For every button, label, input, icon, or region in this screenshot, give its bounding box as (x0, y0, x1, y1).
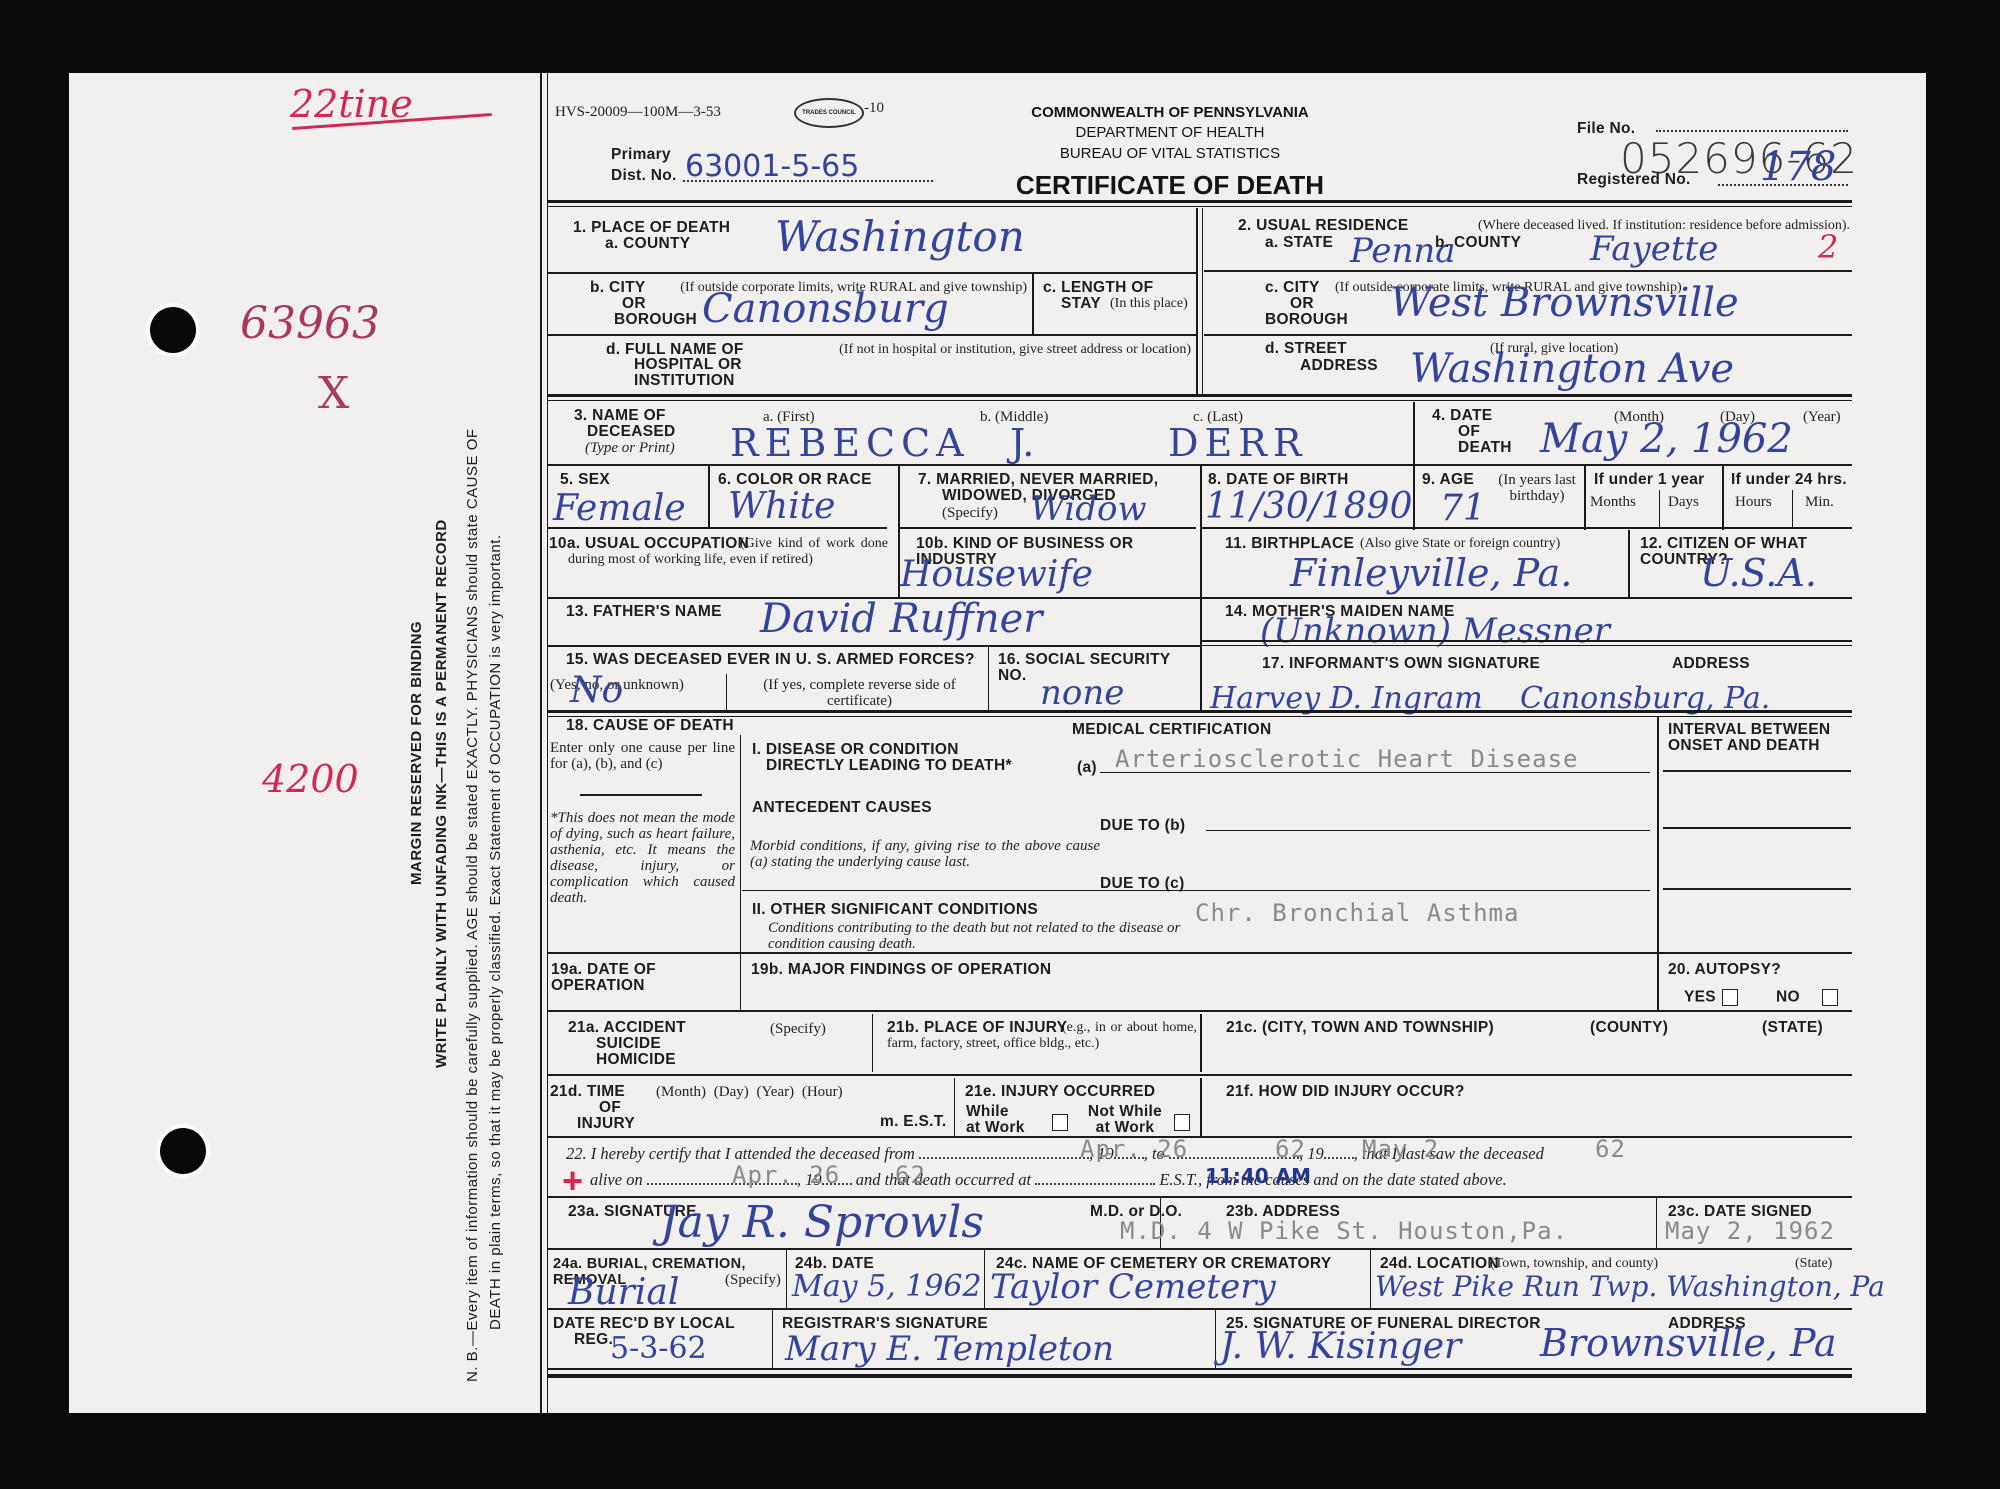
other-conditions-label: II. OTHER SIGNIFICANT CONDITIONS (752, 902, 1038, 918)
name-label: 3. NAME OF (574, 408, 666, 424)
morbid-note: Morbid conditions, if any, giving rise t… (750, 838, 1100, 870)
operation-findings-label: 19b. MAJOR FINDINGS OF OPERATION (751, 962, 1051, 978)
attended-from-field[interactable] (919, 1157, 1089, 1159)
birthplace-value: Finleyville, Pa. (1290, 554, 1572, 592)
father-label: 13. FATHER'S NAME (566, 604, 722, 620)
length-of-stay-label-2: STAY (1061, 296, 1101, 312)
injury-time-label-2: OF (599, 1100, 621, 1116)
armed-forces-label: 15. WAS DECEASED EVER IN U. S. ARMED FOR… (566, 652, 975, 668)
margin-nb-line1: N. B.—Every item of information should b… (464, 428, 481, 1382)
days-label: Days (1668, 494, 1699, 510)
rule (1204, 270, 1852, 272)
place-of-death-label: 1. PLACE OF DEATH (573, 220, 730, 236)
bottom-rule-thick (547, 1374, 1852, 1378)
res-county-mark: 2 (1818, 228, 1838, 266)
rule-v (1200, 466, 1202, 530)
race-value: White (728, 488, 835, 526)
header-bureau: BUREAU OF VITAL STATISTICS (980, 145, 1360, 162)
citizen-value: U.S.A. (1700, 554, 1817, 592)
alive-on-label: alive on (590, 1170, 643, 1189)
rule-v (1032, 274, 1034, 336)
autopsy-no-checkbox[interactable] (1822, 989, 1838, 1006)
cause-footnote: *This does not mean the mode of dying, s… (550, 810, 735, 906)
rule-v (954, 1078, 955, 1136)
disease-label-2: DIRECTLY LEADING TO DEATH* (766, 758, 1012, 774)
rule-v (1657, 716, 1659, 952)
last-seen-value: Apr. 26 (732, 1162, 840, 1188)
interval-line-a[interactable] (1663, 770, 1851, 772)
armed-forces-value: No (570, 672, 623, 710)
divider-1-2-b (1202, 208, 1203, 394)
margin-annotation-top: 22tine (290, 85, 413, 123)
injury-occurred-label: 21e. INJURY OCCURRED (965, 1084, 1155, 1100)
header-department: DEPARTMENT OF HEALTH (980, 124, 1360, 141)
form-left-border (540, 73, 542, 1413)
primary-label: Primary (611, 147, 671, 163)
to-year-field[interactable] (1324, 1157, 1354, 1159)
other-conditions-value: Chr. Bronchial Asthma (1195, 900, 1519, 926)
form-suffix: -10 (864, 100, 884, 116)
date-signed-value: May 2, 1962 (1665, 1218, 1835, 1244)
business-value: Housewife (900, 556, 1093, 594)
cause-b-label: DUE TO (b) (1100, 818, 1185, 834)
injury-county-label: (COUNTY) (1590, 1020, 1668, 1036)
margin-annotation-amount: 4200 (262, 760, 359, 798)
cause-b-line[interactable] (1206, 830, 1650, 831)
injury-type-label-3: HOMICIDE (596, 1052, 676, 1068)
funeral-director-signature: J. W. Kisinger (1220, 1328, 1461, 1366)
cemetery-value: Taylor Cemetery (990, 1268, 1276, 1306)
death-city-label-or: OR (622, 296, 646, 312)
certificate-paper (69, 73, 1926, 1413)
year-prefix: 19 (1307, 1144, 1324, 1163)
rule-v (1215, 1310, 1216, 1368)
dod-label-3: DEATH (1458, 440, 1512, 456)
hours-label: Hours (1735, 494, 1772, 510)
autopsy-yes[interactable]: YES (1684, 989, 1738, 1006)
length-of-stay-note: (In this place) (1110, 296, 1190, 312)
page-title: CERTIFICATE OF DEATH (960, 170, 1380, 201)
death-city-value: Canonsburg (702, 290, 949, 328)
funeral-director-address-value: Brownsville, Pa (1540, 1324, 1837, 1362)
margin-annotation-x: X (318, 375, 349, 413)
under-24-label: If under 24 hrs. (1731, 472, 1847, 488)
dist-no-label: Dist. No. (611, 168, 677, 184)
under-year-label: If under 1 year (1594, 472, 1704, 488)
res-street-label-2: ADDRESS (1300, 358, 1378, 374)
disease-label: I. DISEASE OR CONDITION (752, 742, 959, 758)
cause-a-value: Arteriosclerotic Heart Disease (1115, 746, 1578, 772)
ssn-value: none (1040, 674, 1124, 712)
other-conditions-note: Conditions contributing to the death but… (768, 920, 1228, 952)
disposition-specify: (Specify) (725, 1272, 781, 1288)
min-label: Min. (1805, 494, 1834, 510)
registrar-signature: Mary E. Templeton (785, 1330, 1114, 1368)
autopsy-no[interactable]: NO (1776, 989, 1838, 1006)
rule-v (1656, 1198, 1657, 1248)
rule (547, 1074, 1852, 1076)
res-street-value: Washington Ave (1410, 350, 1734, 388)
res-state-label: a. STATE (1265, 235, 1333, 251)
injury-state-label: (STATE) (1762, 1020, 1823, 1036)
attended-to-value: May 2 (1362, 1136, 1439, 1162)
rule (1202, 640, 1852, 642)
rule-v (1413, 402, 1415, 466)
rule (547, 645, 1200, 647)
injury-time-suffix: m. E.S.T. (880, 1114, 946, 1130)
injury-time-cols: (Month) (Day) (Year) (Hour) (656, 1084, 843, 1100)
dob-value: 11/30/1890 (1205, 488, 1413, 526)
rule-v (772, 1310, 773, 1368)
rule-v (1200, 1078, 1202, 1136)
rule (1200, 527, 1852, 529)
section-rule (547, 710, 1852, 713)
name-label-2: DECEASED (587, 424, 676, 440)
rule-v (740, 735, 741, 952)
death-city-label: b. CITY (590, 280, 646, 296)
rule-v (1370, 1250, 1371, 1308)
res-street-label: d. STREET (1265, 341, 1347, 357)
res-city-label: c. CITY (1265, 280, 1320, 296)
injury-city-label: 21c. (CITY, TOWN AND TOWNSHIP) (1226, 1020, 1494, 1036)
marital-label: 7. MARRIED, NEVER MARRIED, (918, 472, 1158, 488)
autopsy-label: 20. AUTOPSY? (1668, 962, 1781, 978)
rule (547, 1010, 1852, 1012)
res-city-label-borough: BOROUGH (1265, 312, 1348, 328)
injury-place-note: (e.g., in or about home, farm, factory, … (887, 1020, 1197, 1052)
rule (1204, 334, 1852, 336)
burial-location-value: West Pike Run Twp. Washington, Pa (1375, 1268, 1885, 1306)
header-rule (547, 200, 1852, 203)
injury-type-label: 21a. ACCIDENT (568, 1020, 686, 1036)
autopsy-no-label: NO (1776, 989, 1800, 1006)
months-label: Months (1590, 494, 1636, 510)
hospital-label-2: HOSPITAL OR (634, 357, 742, 373)
rule-v (872, 1014, 873, 1072)
last-name-value: DERR (1168, 424, 1307, 462)
rule-v (1722, 466, 1724, 530)
sex-label: 5. SEX (560, 472, 610, 488)
section-rule (547, 394, 1852, 397)
res-city-value: West Brownsville (1390, 284, 1739, 322)
marital-value: Widow (1030, 490, 1147, 528)
injury-time-label-3: INJURY (577, 1116, 635, 1132)
burial-date-value: May 5, 1962 (792, 1268, 982, 1306)
death-county-value: Washington (775, 218, 1025, 256)
section-rule-thin (547, 400, 1852, 401)
header-commonwealth: COMMONWEALTH OF PENNSYLVANIA (980, 104, 1360, 121)
father-value: David Ruffner (760, 600, 1042, 638)
rule-v (984, 1250, 985, 1308)
rule-v (740, 954, 741, 1010)
sex-value: Female (553, 490, 686, 528)
autopsy-yes-checkbox[interactable] (1722, 989, 1738, 1006)
first-name-value: REBECCA (730, 424, 970, 462)
interval-label: INTERVAL BETWEEN ONSET AND DEATH (1668, 722, 1858, 754)
injury-type-label-2: SUICIDE (596, 1036, 661, 1052)
death-city-label-borough: BOROUGH (614, 312, 697, 328)
disposition-value: Burial (568, 1274, 679, 1312)
bottom-rule (547, 1368, 1852, 1370)
death-county-label: a. COUNTY (605, 236, 690, 252)
antecedent-label: ANTECEDENT CAUSES (752, 800, 932, 816)
cause-instructions: Enter only one cause per line for (a), (… (550, 740, 735, 772)
margin-nb-line2: DEATH in plain terms, so that it may be … (487, 534, 504, 1330)
to-year-value: 62 (1595, 1136, 1626, 1162)
union-label: TRADES COUNCIL (802, 110, 856, 116)
marital-label-3: (Specify) (942, 505, 998, 521)
injury-how-label: 21f. HOW DID INJURY OCCUR? (1226, 1084, 1465, 1100)
not-while-at-work-label: Not While at Work (1082, 1104, 1168, 1136)
divider-1-2 (1196, 208, 1198, 394)
dod-label-2: OF (1458, 424, 1480, 440)
rule-v (1628, 530, 1630, 598)
rule-v (1657, 954, 1659, 1010)
rule-v (1659, 490, 1660, 528)
death-occurred-label: and that death occurred at (856, 1170, 1031, 1189)
occupation-note: (Give kind of work done during most of w… (568, 536, 888, 568)
registered-no-value: 178 (1760, 148, 1836, 186)
informant-address-label: ADDRESS (1672, 656, 1750, 672)
union-bug-icon: TRADES COUNCIL (794, 98, 864, 128)
rule (547, 334, 1196, 336)
rule-v (786, 1250, 787, 1308)
last-seen-year-value: 62 (895, 1162, 926, 1188)
physician-address-value: M.D. 4 W Pike St. Houston,Pa. (1120, 1218, 1568, 1244)
rule-v (1200, 530, 1202, 598)
age-note: (In years last birthday) (1482, 472, 1592, 504)
form-left-border-inner (547, 73, 548, 1413)
interval-line-b[interactable] (1663, 827, 1851, 829)
rule-v (708, 466, 710, 528)
rule (547, 1136, 1852, 1138)
rule (1202, 645, 1852, 646)
armed-forces-note-2: (If yes, complete reverse side of certif… (732, 677, 987, 709)
attended-from-value: Apr. 26 (1080, 1136, 1188, 1162)
physician-signature: Jay R. Sprowls (660, 1204, 984, 1242)
medical-cert-label: MEDICAL CERTIFICATION (1072, 722, 1271, 738)
cause-a-label: (a) (1077, 760, 1097, 776)
length-of-stay-label: c. LENGTH OF (1043, 280, 1193, 296)
margin-ink-text: WRITE PLAINLY WITH UNFADING INK—THIS IS … (433, 519, 450, 1068)
cause-label: 18. CAUSE OF DEATH (566, 718, 734, 734)
death-time-value: 11:40 AM (1205, 1164, 1311, 1188)
rule-v (1200, 1014, 1202, 1072)
rule (547, 527, 887, 529)
age-label: 9. AGE (1422, 472, 1474, 488)
registered-no-label: Registered No. (1577, 172, 1691, 188)
middle-name-value: J. (1010, 424, 1034, 462)
rule-v (988, 646, 989, 710)
while-at-work-checkbox[interactable] (1052, 1114, 1068, 1131)
cause-c-line[interactable] (742, 890, 1650, 891)
date-received-value: 5-3-62 (610, 1330, 707, 1368)
birthplace-note: (Also give State or foreign country) (1250, 536, 1620, 552)
rule (898, 527, 1196, 529)
injury-specify: (Specify) (770, 1021, 826, 1037)
from-year-value: 62 (1275, 1136, 1306, 1162)
form-code: HVS-20009—100M—3-53 (555, 104, 721, 120)
rule (547, 1308, 1852, 1310)
interval-line-c[interactable] (1663, 888, 1851, 890)
rule-v (1792, 490, 1793, 528)
dod-value: May 2, 1962 (1540, 420, 1793, 458)
rule-v (1584, 466, 1586, 530)
margin-binding-text: MARGIN RESERVED FOR BINDING (408, 621, 425, 885)
res-city-label-or: OR (1290, 296, 1314, 312)
autopsy-yes-label: YES (1684, 989, 1716, 1006)
res-county-value: Fayette (1590, 230, 1718, 268)
binding-hole-top (150, 307, 196, 353)
age-value: 71 (1440, 490, 1486, 528)
rule (547, 1248, 1852, 1250)
res-county-label: b. COUNTY (1435, 235, 1521, 251)
informant-label: 17. INFORMANT'S OWN SIGNATURE (1262, 656, 1540, 672)
rule-v (726, 674, 727, 710)
dod-year-label: (Year) (1803, 409, 1841, 425)
operation-date-label: 19a. DATE OF OPERATION (551, 962, 741, 994)
not-while-at-work-checkbox[interactable] (1174, 1114, 1190, 1131)
rule-v (1200, 646, 1202, 710)
dod-label: 4. DATE (1432, 408, 1492, 424)
header-rule-thin (547, 206, 1852, 207)
injury-time-label: 21d. TIME (550, 1084, 625, 1100)
file-no-line (1656, 130, 1848, 132)
hospital-label-3: INSTITUTION (634, 373, 735, 389)
date-received-label-2: REG. (574, 1332, 613, 1348)
binding-hole-bottom (160, 1128, 206, 1174)
hospital-note: (If not in hospital or institution, give… (786, 342, 1191, 358)
name-label-3: (Type or Print) (585, 440, 675, 456)
death-time-field[interactable] (1035, 1183, 1155, 1185)
dist-no-value: 63001-5-65 (685, 148, 859, 186)
certify-line-2: alive on , 19 and that death occurred at… (590, 1172, 1507, 1188)
rule-v (1413, 466, 1415, 530)
rule (580, 794, 702, 796)
rule (547, 272, 1196, 274)
while-at-work-label: While at Work (966, 1104, 1026, 1136)
rule-v (898, 466, 900, 530)
margin-annotation-number: 63963 (240, 305, 380, 343)
